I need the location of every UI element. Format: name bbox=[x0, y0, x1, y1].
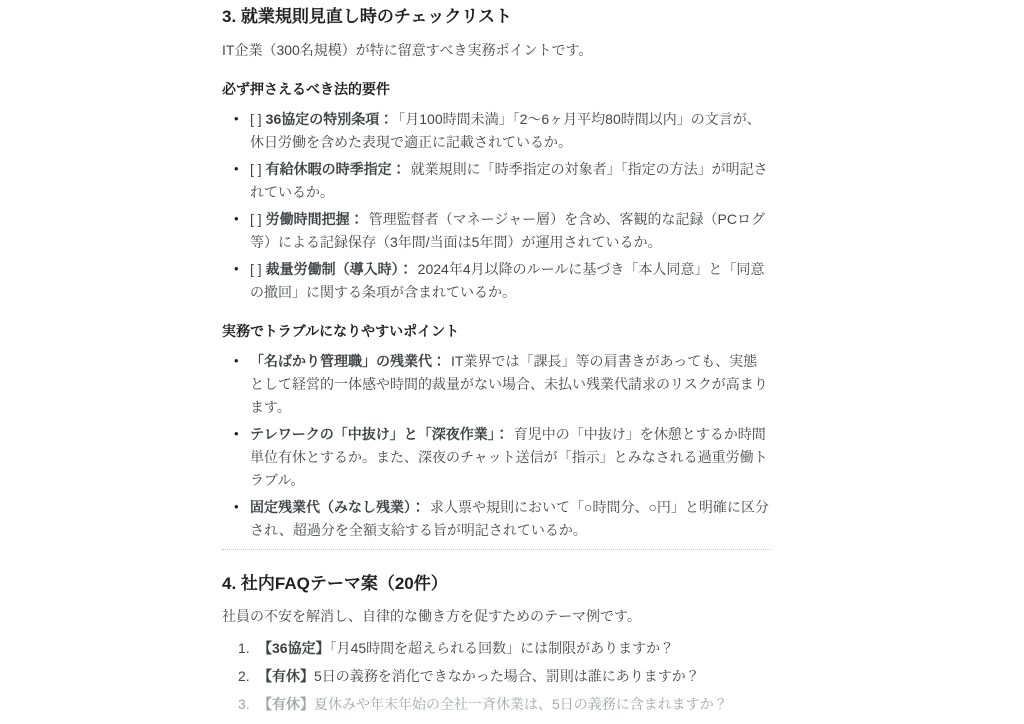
checkbox-marker: [ ] bbox=[250, 261, 262, 277]
checklist-item: •[ ]有給休暇の時季指定：就業規則に「時季指定の対象者」「指定の方法」が明記さ… bbox=[222, 158, 770, 204]
legal-checklist: •[ ]36協定の特別条項：「月100時間未満」「2〜6ヶ月平均80時間以内」の… bbox=[222, 108, 770, 304]
bullet-icon: • bbox=[234, 349, 239, 372]
list-item: •「名ばかり管理職」の残業代：IT業界では「課長」等の肩書きがあっても、実態とし… bbox=[222, 350, 770, 419]
bullet-icon: • bbox=[234, 207, 239, 230]
list-item-term: 固定残業代（みなし残業）： bbox=[250, 499, 425, 515]
list-item: •固定残業代（みなし残業）：求人票や規則において「○時間分、○円」と明確に区分さ… bbox=[222, 496, 770, 542]
bullet-icon: • bbox=[234, 495, 239, 518]
checklist-term: 裁量労働制（導入時）： bbox=[266, 261, 413, 277]
checkbox-marker: [ ] bbox=[250, 211, 262, 227]
section-3-intro: IT企業（300名規模）が特に留意すべき実務ポイントです。 bbox=[222, 39, 770, 61]
faq-item: 1.【36協定】「月45時間を超えられる回数」には制限がありますか？ bbox=[222, 640, 770, 656]
checkbox-marker: [ ] bbox=[250, 111, 262, 127]
checklist-term: 36協定の特別条項： bbox=[266, 111, 394, 127]
bullet-icon: • bbox=[234, 257, 239, 280]
bullet-icon: • bbox=[234, 422, 239, 445]
section-4-intro: 社員の不安を解消し、自律的な働き方を促すためのテーマ例です。 bbox=[222, 605, 770, 627]
checklist-term: 労働時間把握： bbox=[266, 211, 364, 227]
document-content: 3. 就業規則見直し時のチェックリスト IT企業（300名規模）が特に留意すべき… bbox=[222, 0, 770, 661]
faq-text: 「月45時間を超えられる回数」には制限がありますか？ bbox=[330, 640, 675, 656]
section-3-heading: 3. 就業規則見直し時のチェックリスト bbox=[222, 7, 770, 27]
faq-category-tag: 【36協定】 bbox=[258, 640, 330, 656]
checklist-item: •[ ]裁量労働制（導入時）：2024年4月以降のルールに基づき「本人同意」と「… bbox=[222, 258, 770, 304]
trouble-list: •「名ばかり管理職」の残業代：IT業界では「課長」等の肩書きがあっても、実態とし… bbox=[222, 350, 770, 542]
checklist-term: 有給休暇の時季指定： bbox=[266, 161, 406, 177]
section-divider bbox=[222, 549, 770, 550]
list-item-term: 「名ばかり管理職」の残業代： bbox=[250, 353, 446, 369]
bullet-icon: • bbox=[234, 107, 239, 130]
trouble-points-heading: 実務でトラブルになりやすいポイント bbox=[222, 323, 770, 339]
bullet-icon: • bbox=[234, 157, 239, 180]
faq-list: 1.【36協定】「月45時間を超えられる回数」には制限がありますか？ 2.【有休… bbox=[222, 640, 770, 661]
checklist-item: •[ ]労働時間把握：管理監督者（マネージャー層）を含め、客観的な記録（PCログ… bbox=[222, 208, 770, 254]
legal-requirements-heading: 必ず押さえるべき法的要件 bbox=[222, 81, 770, 97]
section-4-heading: 4. 社内FAQテーマ案（20件） bbox=[222, 574, 770, 594]
list-item: •テレワークの「中抜け」と「深夜作業」：育児中の「中抜け」を休憩とするか時間単位… bbox=[222, 423, 770, 492]
list-item-term: テレワークの「中抜け」と「深夜作業」： bbox=[250, 426, 509, 442]
checkbox-marker: [ ] bbox=[250, 161, 262, 177]
checklist-item: •[ ]36協定の特別条項：「月100時間未満」「2〜6ヶ月平均80時間以内」の… bbox=[222, 108, 770, 154]
faq-number: 1. bbox=[238, 640, 250, 656]
